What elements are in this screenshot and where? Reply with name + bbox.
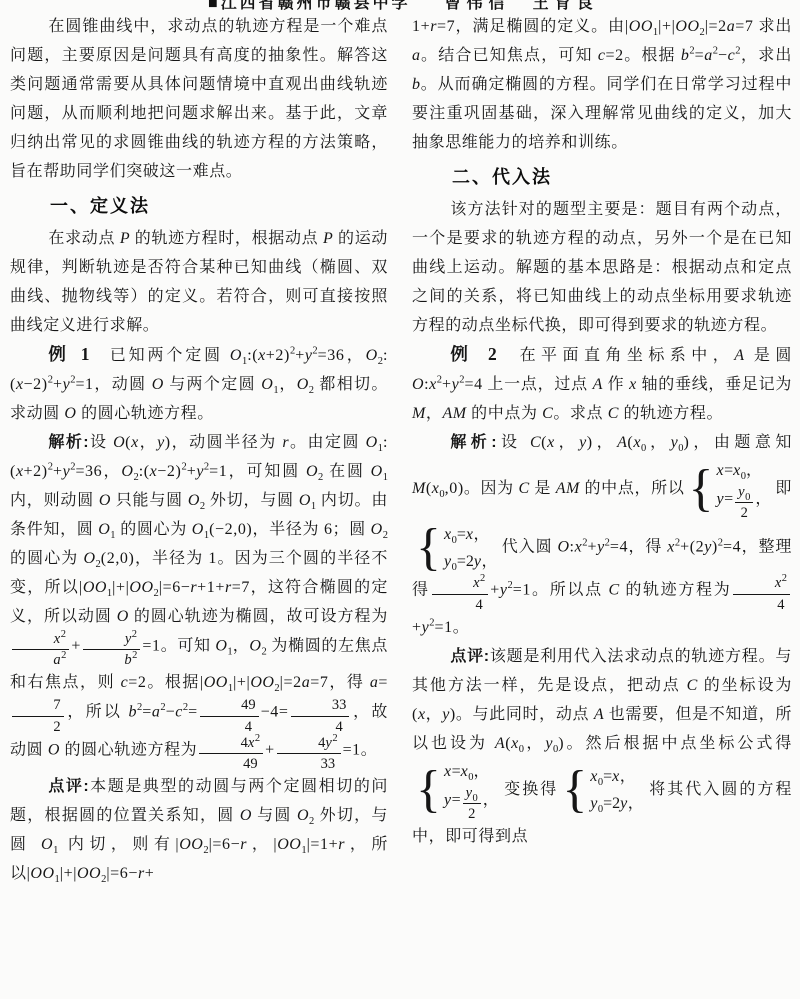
math-variable: O — [192, 521, 204, 538]
math-variable: x — [775, 575, 782, 591]
math-variable: x — [716, 462, 724, 479]
math-variable: r — [138, 865, 145, 882]
math-variable: AM — [556, 480, 580, 497]
bold-label: 点评: — [450, 648, 489, 665]
math-variable: OO — [675, 18, 699, 35]
example-1-statement: 例 1已知两个定圆 O1:(x+2)2+y2=36，O2:(x−2)2+y2=1… — [10, 340, 388, 428]
math-variable: O — [297, 807, 309, 824]
math-variable: C — [530, 434, 541, 451]
math-variable: O — [83, 550, 95, 567]
math-variable: OO — [83, 579, 107, 596]
math-variable: x — [258, 347, 266, 364]
math-variable: OO — [77, 865, 101, 882]
math-variable: AM — [442, 405, 466, 422]
heading-definition-method: 一、定义法 — [50, 193, 388, 219]
math-variable: x — [131, 434, 139, 451]
affiliation-text: ■江西省赣州市赣县中学 — [208, 0, 411, 12]
heading-substitution-method: 二、代入法 — [452, 164, 792, 190]
fraction: y2b2 — [83, 631, 140, 668]
math-variable: a — [727, 18, 736, 35]
math-variable: OO — [204, 674, 228, 691]
math-variable: y — [590, 795, 598, 812]
math-variable: O — [215, 637, 227, 654]
math-variable: O — [371, 521, 383, 538]
math-variable: y — [704, 539, 712, 556]
math-variable: a — [412, 47, 421, 64]
fraction: x2a2 — [12, 631, 69, 668]
math-variable: O — [240, 807, 252, 824]
math-variable: x — [16, 463, 24, 480]
math-variable: x — [590, 768, 598, 785]
math-variable: y — [444, 791, 452, 808]
math-variable: x — [248, 735, 255, 751]
fraction: x24 — [733, 575, 790, 612]
math-variable: O — [366, 434, 378, 451]
author-names: 曾伟信 王育良 — [445, 0, 599, 12]
math-variable: x — [629, 376, 637, 393]
math-variable: a — [302, 674, 311, 691]
math-variable: A — [617, 434, 627, 451]
right-column: 1+r=7，满足椭圆的定义。由|OO1|+|OO2|=2a=7 求出 a。结合已… — [412, 12, 792, 851]
math-variable: A — [594, 706, 604, 723]
math-variable: O — [557, 539, 569, 556]
fraction: 72 — [12, 697, 64, 734]
math-variable: b — [129, 704, 138, 721]
math-variable: y — [442, 706, 450, 723]
math-variable: x — [473, 575, 480, 591]
math-variable: OO — [250, 674, 274, 691]
math-variable: y — [500, 582, 508, 599]
math-variable: O — [371, 463, 383, 480]
math-variable: b — [412, 76, 421, 93]
math-variable: A — [593, 376, 603, 393]
example-1-comment-start: 点评:本题是典型的动圆与两个定圆相切的问题，根据圆的位置关系知，圆 O 与圆 O… — [10, 772, 388, 888]
math-variable: r — [240, 836, 247, 853]
math-variable: C — [608, 582, 619, 599]
example-label: 例 1 — [48, 344, 92, 364]
fraction: 334 — [291, 697, 350, 734]
math-variable: OO — [277, 836, 301, 853]
equation-system: {x0=x，y0=2y， — [562, 763, 643, 817]
math-variable: y — [597, 539, 605, 556]
math-variable: OO — [129, 579, 153, 596]
math-variable: x — [444, 763, 452, 780]
math-variable: a — [53, 652, 61, 668]
example-1-solution: 解析:设 O(x，y)，动圆半径为 r。由定圆 O1:(x+2)2+y2=36，… — [10, 428, 388, 772]
math-variable: O — [412, 376, 424, 393]
math-variable: M — [412, 480, 426, 497]
fraction: y02 — [735, 484, 753, 521]
math-variable: O — [41, 836, 53, 853]
substitution-method-description: 该方法针对的题型主要是：题目有两个动点，一个是要求的轨迹方程的动点，另外一个是在… — [412, 195, 792, 340]
fraction: x24 — [432, 575, 489, 612]
brace-glyph: { — [689, 467, 714, 511]
math-variable: r — [338, 836, 345, 853]
math-variable: y — [716, 490, 724, 507]
math-variable: x — [418, 706, 426, 723]
math-variable: OO — [179, 836, 203, 853]
math-variable: O — [48, 741, 60, 758]
math-variable: r — [225, 579, 232, 596]
math-variable: P — [323, 230, 333, 247]
math-variable: O — [261, 376, 273, 393]
example-2-comment: 点评:该题是利用代入法求动点的轨迹方程。与其他方法一样，先是设点，把动点 C 的… — [412, 642, 792, 851]
math-variable: O — [98, 521, 110, 538]
brace-glyph: { — [416, 768, 441, 812]
math-variable: x — [16, 376, 24, 393]
math-variable: a — [704, 47, 713, 64]
fraction: y02 — [463, 785, 481, 822]
math-variable: c — [175, 704, 183, 721]
math-variable: y — [545, 735, 553, 752]
document-page: ■江西省赣州市赣县中学曾伟信 王育良 在圆锥曲线中，求动点的轨迹方程是一个难点问… — [0, 0, 800, 999]
fraction: 4x249 — [199, 735, 263, 772]
math-variable: O — [121, 463, 133, 480]
math-variable: b — [124, 652, 132, 668]
math-variable: y — [125, 631, 132, 647]
math-variable: y — [620, 795, 628, 812]
math-variable: O — [64, 405, 76, 422]
math-variable: x — [547, 434, 555, 451]
math-variable: x — [612, 768, 620, 785]
math-variable: O — [99, 492, 111, 509]
bold-label: 解析: — [450, 434, 497, 451]
example-1-comment-continued: 1+r=7，满足椭圆的定义。由|OO1|+|OO2|=2a=7 求出 a。结合已… — [412, 12, 792, 157]
example-2-statement: 例 2在平面直角坐标系中，A 是圆 O:x2+y2=4 上一点，过点 A 作 x… — [412, 340, 792, 428]
math-variable: x — [54, 631, 61, 647]
math-variable: A — [734, 347, 744, 364]
math-variable: O — [249, 637, 261, 654]
brace-glyph: { — [416, 526, 441, 570]
math-variable: C — [687, 677, 698, 694]
math-variable: O — [113, 434, 125, 451]
math-variable: y — [196, 463, 204, 480]
math-variable: O — [117, 608, 129, 625]
bold-label: 解析: — [48, 434, 89, 451]
math-variable: y — [157, 434, 165, 451]
math-variable: x — [429, 376, 437, 393]
math-variable: y — [466, 785, 473, 801]
math-variable: C — [519, 480, 530, 497]
bold-label: 点评: — [48, 778, 89, 795]
math-variable: y — [579, 434, 587, 451]
example-2-solution: 解析:设 C(x，y)，A(x0，y0)，由题意知 M(x0,0)。因为 C 是… — [412, 428, 792, 642]
math-variable: y — [444, 553, 452, 570]
math-variable: O — [299, 492, 311, 509]
left-column: 在圆锥曲线中，求动点的轨迹方程是一个难点问题，主要原因是问题具有高度的抽象性。解… — [10, 12, 388, 888]
math-variable: O — [306, 463, 318, 480]
math-variable: O — [230, 347, 242, 364]
math-variable: x — [444, 526, 452, 543]
equation-system: {x=x0，y=y02， — [689, 457, 772, 521]
math-variable: r — [430, 18, 437, 35]
math-variable: OO — [629, 18, 653, 35]
brace-glyph: { — [562, 768, 587, 812]
math-variable: O — [188, 492, 200, 509]
math-variable: x — [733, 462, 741, 479]
example-label: 例 2 — [450, 344, 499, 364]
math-variable: O — [152, 376, 164, 393]
math-variable: O — [366, 347, 378, 364]
fraction: 494 — [200, 697, 259, 734]
math-variable: x — [667, 539, 675, 556]
math-variable: x — [511, 735, 519, 752]
definition-method-description: 在求动点 P 的轨迹方程时，根据动点 P 的运动规律，判断轨迹是否符合某种已知曲… — [10, 224, 388, 340]
math-variable: C — [608, 405, 619, 422]
math-variable: A — [495, 735, 505, 752]
equation-system: {x0=x，y0=2y， — [416, 521, 497, 575]
math-variable: O — [297, 376, 309, 393]
equation-system: {x=x0，y=y02， — [416, 758, 499, 822]
math-variable: OO — [30, 865, 54, 882]
math-variable: x — [633, 434, 641, 451]
math-variable: P — [120, 230, 130, 247]
fraction: 4y233 — [277, 735, 341, 772]
intro-paragraph: 在圆锥曲线中，求动点的轨迹方程是一个难点问题，主要原因是问题具有高度的抽象性。解… — [10, 12, 388, 186]
math-variable: C — [542, 405, 553, 422]
math-variable: M — [412, 405, 426, 422]
